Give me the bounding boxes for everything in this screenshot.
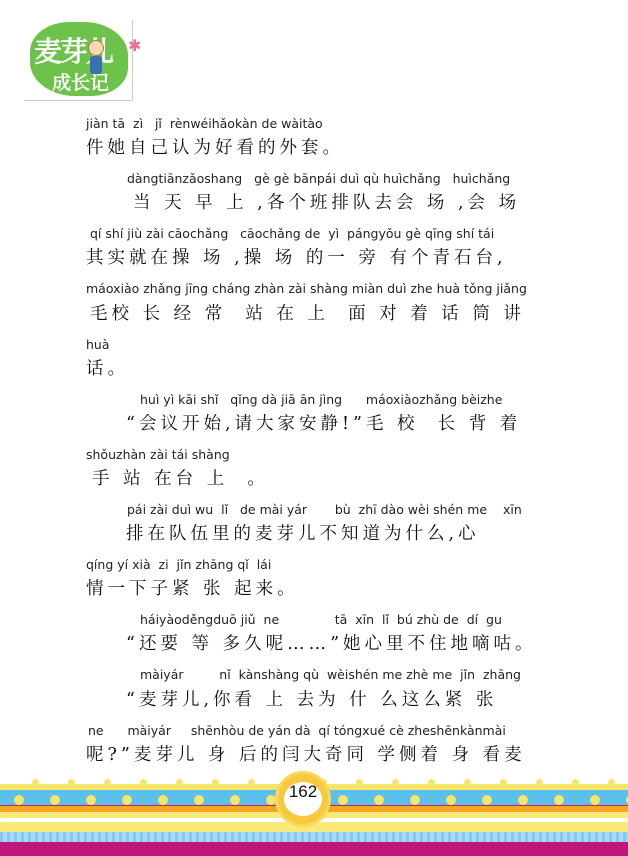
pinyin-line: dàngtiānzǎoshang gè gè bānpái duì qù huì… [127, 171, 510, 186]
page-number-badge: 162 [278, 774, 328, 824]
hanzi-line: 当 天 早 上 ,各个班排队去会 场 ,会 场 [133, 189, 520, 214]
pinyin-line: qíng yí xià zi jǐn zhāng qǐ lái [86, 557, 271, 572]
hanzi-line: 手 站 在台 上 。 [92, 465, 269, 490]
border-magenta-band [0, 842, 628, 856]
swirl-dot [392, 779, 399, 786]
swirl-dot [590, 795, 600, 805]
swirl-dot [428, 779, 435, 786]
swirl-dot [158, 795, 168, 805]
pinyin-line: shǒuzhàn zài tái shàng [86, 447, 230, 462]
swirl-dot [410, 795, 420, 805]
pinyin-line: huì yì kāi shǐ qǐng dà jiā ān jìng máoxi… [140, 392, 502, 407]
swirl-dot [482, 795, 492, 805]
swirl-dot [68, 779, 75, 786]
swirl-dot [122, 795, 132, 805]
girl-illustration-icon [88, 40, 104, 74]
hanzi-line: 情一下子紧 张 起来。 [86, 575, 299, 600]
swirl-dot [446, 795, 456, 805]
swirl-dot [608, 779, 615, 786]
hanzi-line: “麦芽儿,你看 上 去为 什 么这么紧 张 [126, 686, 497, 711]
hanzi-line: 毛校 长 经 常 站 在 上 面 对 着 话 筒 讲 [90, 300, 525, 325]
pinyin-line: qí shí jiù zài cāochǎng cāochǎng de yì p… [90, 226, 494, 241]
pinyin-line: máoxiào zhǎng jīng cháng zhàn zài shàng … [86, 281, 527, 296]
pinyin-line: jiàn tā zì jǐ rènwéihǎokàn de wàitào [86, 116, 323, 131]
pinyin-line: háiyàoděngduō jiǔ ne tā xīn lǐ bú zhù de… [140, 612, 502, 627]
swirl-dot [356, 779, 363, 786]
hanzi-line: 话。 [86, 355, 129, 380]
swirl-dot [338, 795, 348, 805]
hanzi-line: “会议开始,请大家安静!”毛 校 长 背 着 [126, 410, 521, 435]
swirl-dot [500, 779, 507, 786]
hanzi-line: 排在队伍里的麦芽儿不知道为什么,心 [126, 520, 480, 545]
swirl-dot [536, 779, 543, 786]
swirl-dot [464, 779, 471, 786]
swirl-dot [50, 795, 60, 805]
swirl-dot [518, 795, 528, 805]
swirl-dot [14, 795, 24, 805]
swirl-dot [176, 779, 183, 786]
pinyin-line: màiyár nǐ kànshàng qù wèishén me zhè me … [140, 667, 521, 682]
hanzi-line: 其实就在操 场 ,操 场 的一 旁 有个青石台, [86, 244, 507, 269]
swirl-dot [194, 795, 204, 805]
swirl-dot [140, 779, 147, 786]
hanzi-line: 呢?”麦芽儿 身 后的闫大奇同 学侧着 身 看麦 [86, 741, 526, 766]
swirl-dot [212, 779, 219, 786]
asterisk-icon: ✱ [128, 36, 141, 55]
swirl-dot [554, 795, 564, 805]
hanzi-line: 件她自己认为好看的外套。 [86, 134, 344, 159]
swirl-dot [86, 795, 96, 805]
pinyin-line: huà [86, 337, 110, 352]
swirl-dot [374, 795, 384, 805]
swirl-dot [248, 779, 255, 786]
book-logo: 麦芽儿 成长记 ✱ [24, 14, 136, 100]
pinyin-line: ne màiyár shēnhòu de yán dà qí tóngxué c… [88, 723, 506, 738]
page-number: 162 [278, 782, 328, 802]
pinyin-line: pái zài duì wu lǐ de mài yár bù zhī dào … [127, 502, 522, 517]
swirl-dot [104, 779, 111, 786]
swirl-dot [572, 779, 579, 786]
swirl-dot [266, 795, 276, 805]
swirl-dot [230, 795, 240, 805]
swirl-dot [32, 779, 39, 786]
hanzi-line: “还要 等 多久呢……”她心里不住地嘀咕。 [126, 630, 537, 655]
